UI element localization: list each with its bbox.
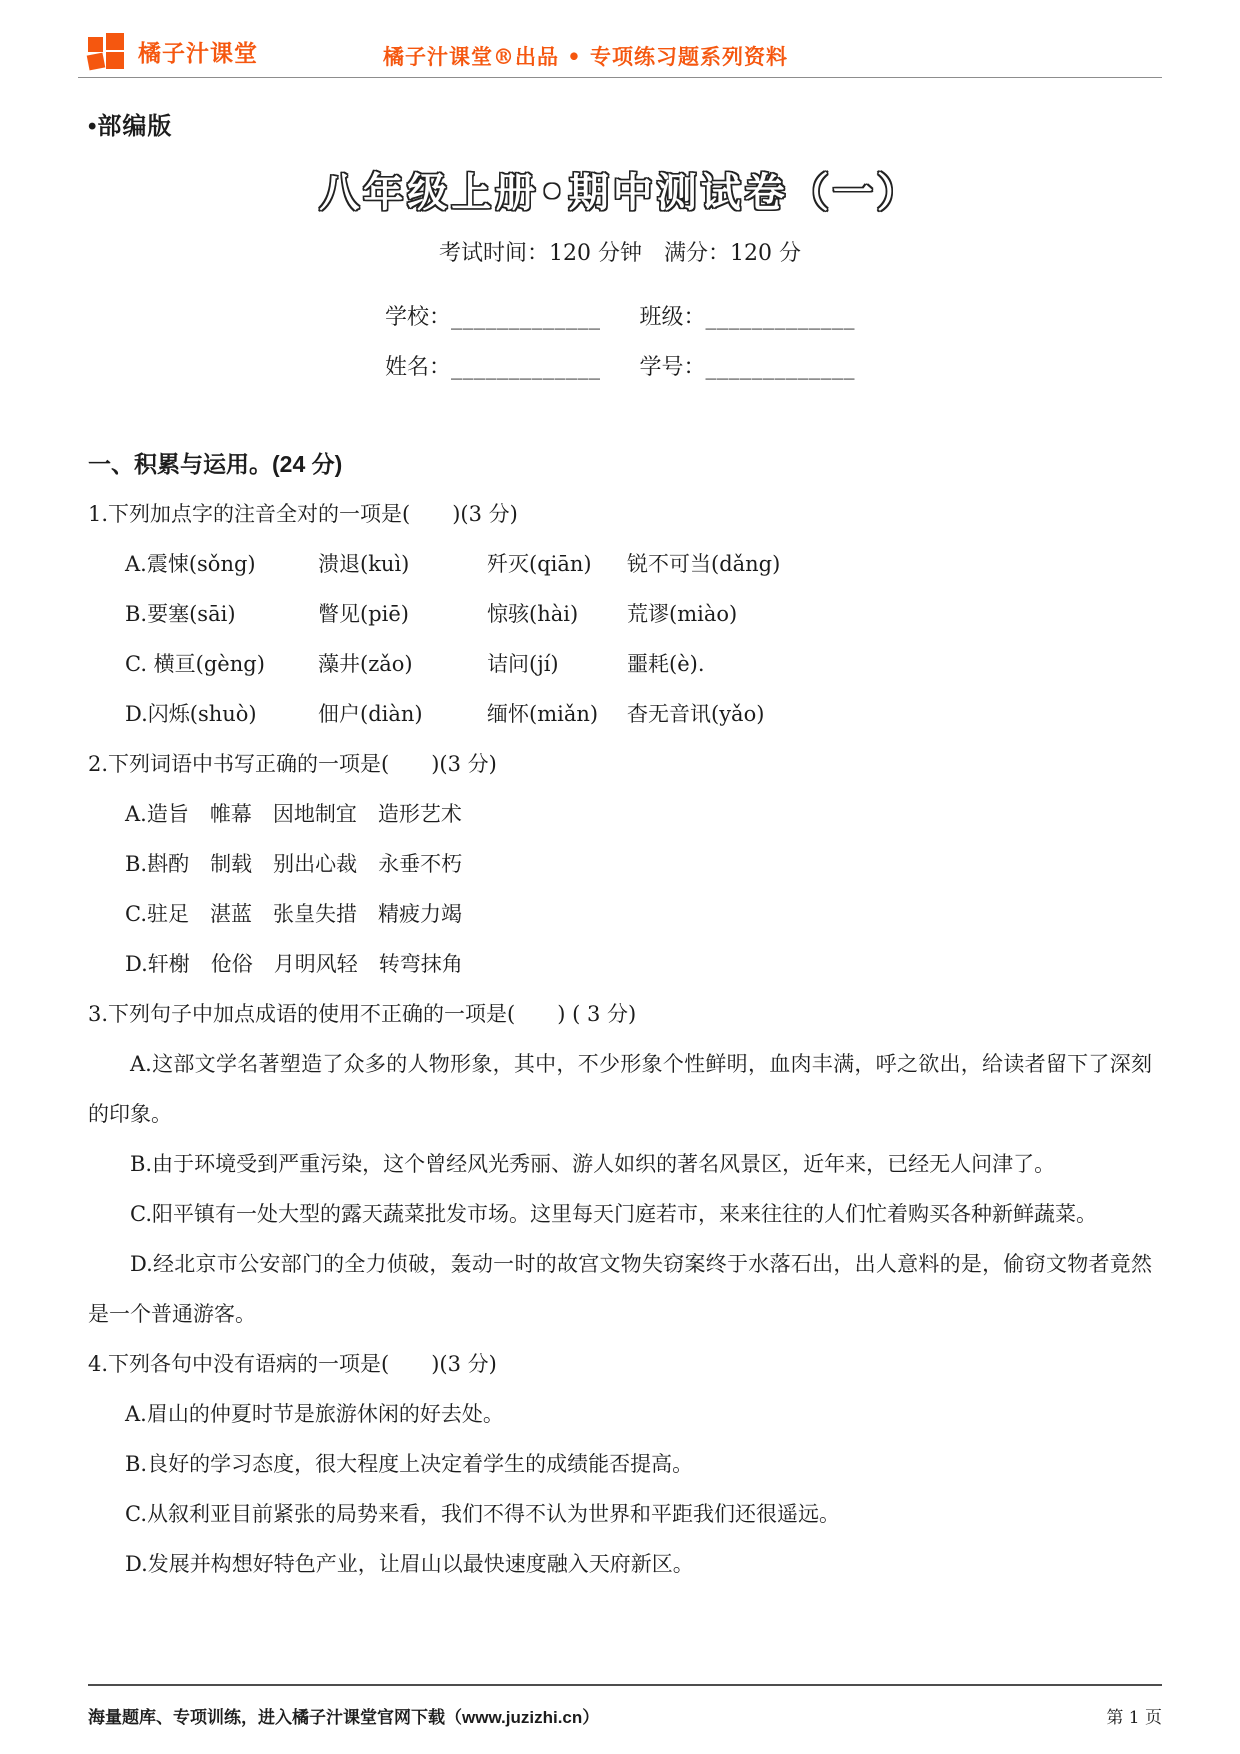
option-cell: A.震悚(sǒng) xyxy=(125,539,318,589)
option-cell: 惊骇(hài) xyxy=(487,589,627,639)
question-4-stem: 4.下列各句中没有语病的一项是( )(3 分) xyxy=(88,1339,1152,1389)
student-id-field: 学号：_____________ xyxy=(639,343,855,393)
question-4-option-d: D.发展并构想好特色产业，让眉山以最快速度融入天府新区。 xyxy=(88,1539,1152,1589)
school-blank: _____________ xyxy=(451,305,601,330)
question-3-option-d: D.经北京市公安部门的全力侦破，轰动一时的故宫文物失窃案终于水落石出，出人意料的… xyxy=(88,1239,1152,1339)
student-info-block: 学校：_____________ 班级：_____________ 姓名：___… xyxy=(385,293,855,393)
question-4-option-c: C.从叙利亚目前紧张的局势来看，我们不得不认为世界和平距我们还很遥远。 xyxy=(88,1489,1152,1539)
option-cell: 溃退(kuì) xyxy=(318,539,487,589)
brand-name: 橘子汁课堂 xyxy=(138,35,258,68)
exam-page: •部编版 八年级上册•期中测试卷（一） 考试时间：120 分钟 满分：120 分… xyxy=(0,0,1240,1589)
question-1-option-b: B.要塞(sāi) 瞥见(piē) 惊骇(hài) 荒谬(miào) xyxy=(88,589,1152,639)
footer-site-note: 海量题库、专项训练，进入橘子汁课堂官网下载（www.juzizhi.cn） xyxy=(88,1703,599,1728)
option-cell: 噩耗(è). xyxy=(627,639,705,689)
option-cell: 藻井(zǎo) xyxy=(318,639,487,689)
class-field: 班级：_____________ xyxy=(639,293,855,343)
question-2-option-c: C.驻足 湛蓝 张皇失措 精疲力竭 xyxy=(88,889,1152,939)
school-field: 学校：_____________ xyxy=(385,293,601,343)
class-blank: _____________ xyxy=(706,305,856,330)
option-cell: 荒谬(miào) xyxy=(627,589,737,639)
option-cell: 诘问(jí) xyxy=(487,639,627,689)
header-divider xyxy=(78,77,1162,78)
question-3-option-b: B.由于环境受到严重污染，这个曾经风光秀丽、游人如织的著名风景区，近年来，已经无… xyxy=(88,1139,1152,1189)
question-3-stem: 3.下列句子中加点成语的使用不正确的一项是( ) ( 3 分) xyxy=(88,989,1152,1039)
student-id-blank: _____________ xyxy=(706,355,856,380)
edition-label: •部编版 xyxy=(88,106,1152,141)
school-label: 学校： xyxy=(385,305,451,330)
question-2-option-b: B.斟酌 制载 别出心裁 永垂不朽 xyxy=(88,839,1152,889)
question-4-option-b: B.良好的学习态度，很大程度上决定着学生的成绩能否提高。 xyxy=(88,1439,1152,1489)
question-1-option-a: A.震悚(sǒng) 溃退(kuì) 歼灭(qiān) 锐不可当(dǎng) xyxy=(88,539,1152,589)
question-1-option-d: D.闪烁(shuò) 佃户(diàn) 缅怀(miǎn) 杳无音讯(yǎo) xyxy=(88,689,1152,739)
name-blank: _____________ xyxy=(451,355,601,380)
page-number: 第 1 页 xyxy=(1106,1703,1162,1728)
question-1-stem: 1.下列加点字的注音全对的一项是( )(3 分) xyxy=(88,489,1152,539)
name-field: 姓名：_____________ xyxy=(385,343,601,393)
question-4-option-a: A.眉山的仲夏时节是旅游休闲的好去处。 xyxy=(88,1389,1152,1439)
info-row: 姓名：_____________ 学号：_____________ xyxy=(385,343,855,393)
question-2-option-a: A.造旨 帷幕 因地制宜 造形艺术 xyxy=(88,789,1152,839)
option-cell: 杳无音讯(yǎo) xyxy=(627,689,764,739)
option-cell: D.闪烁(shuò) xyxy=(125,689,318,739)
question-3-option-a: A.这部文学名著塑造了众多的人物形象，其中，不少形象个性鲜明，血肉丰满，呼之欲出… xyxy=(88,1039,1152,1139)
section-heading: 一、积累与运用。(24 分) xyxy=(88,439,1152,489)
option-cell: C. 横亘(gèng) xyxy=(125,639,318,689)
question-2-stem: 2.下列词语中书写正确的一项是( )(3 分) xyxy=(88,739,1152,789)
option-cell: 瞥见(piē) xyxy=(318,589,487,639)
option-cell: 歼灭(qiān) xyxy=(487,539,627,589)
student-id-label: 学号： xyxy=(639,355,705,380)
question-2-option-d: D.轩榭 伧俗 月明风轻 转弯抹角 xyxy=(88,939,1152,989)
exam-meta: 考试时间：120 分钟 满分：120 分 xyxy=(88,236,1152,267)
question-1-option-c: C. 横亘(gèng) 藻井(zǎo) 诘问(jí) 噩耗(è). xyxy=(88,639,1152,689)
orange-squares-logo-icon xyxy=(88,33,129,70)
page-title: 八年级上册•期中测试卷（一） xyxy=(88,161,1152,218)
brand-logo: 橘子汁课堂 xyxy=(88,33,258,70)
header-banner: 橘子汁课堂®出品 • 专项练习题系列资料 xyxy=(383,41,788,71)
info-row: 学校：_____________ 班级：_____________ xyxy=(385,293,855,343)
page-footer: 海量题库、专项训练，进入橘子汁课堂官网下载（www.juzizhi.cn） 第 … xyxy=(88,1684,1162,1728)
option-cell: B.要塞(sāi) xyxy=(125,589,318,639)
class-label: 班级： xyxy=(639,305,705,330)
option-cell: 锐不可当(dǎng) xyxy=(627,539,780,589)
question-3-option-c: C.阳平镇有一处大型的露天蔬菜批发市场。这里每天门庭若市，来来往往的人们忙着购买… xyxy=(88,1189,1152,1239)
name-label: 姓名： xyxy=(385,355,451,380)
option-cell: 佃户(diàn) xyxy=(318,689,487,739)
option-cell: 缅怀(miǎn) xyxy=(487,689,627,739)
